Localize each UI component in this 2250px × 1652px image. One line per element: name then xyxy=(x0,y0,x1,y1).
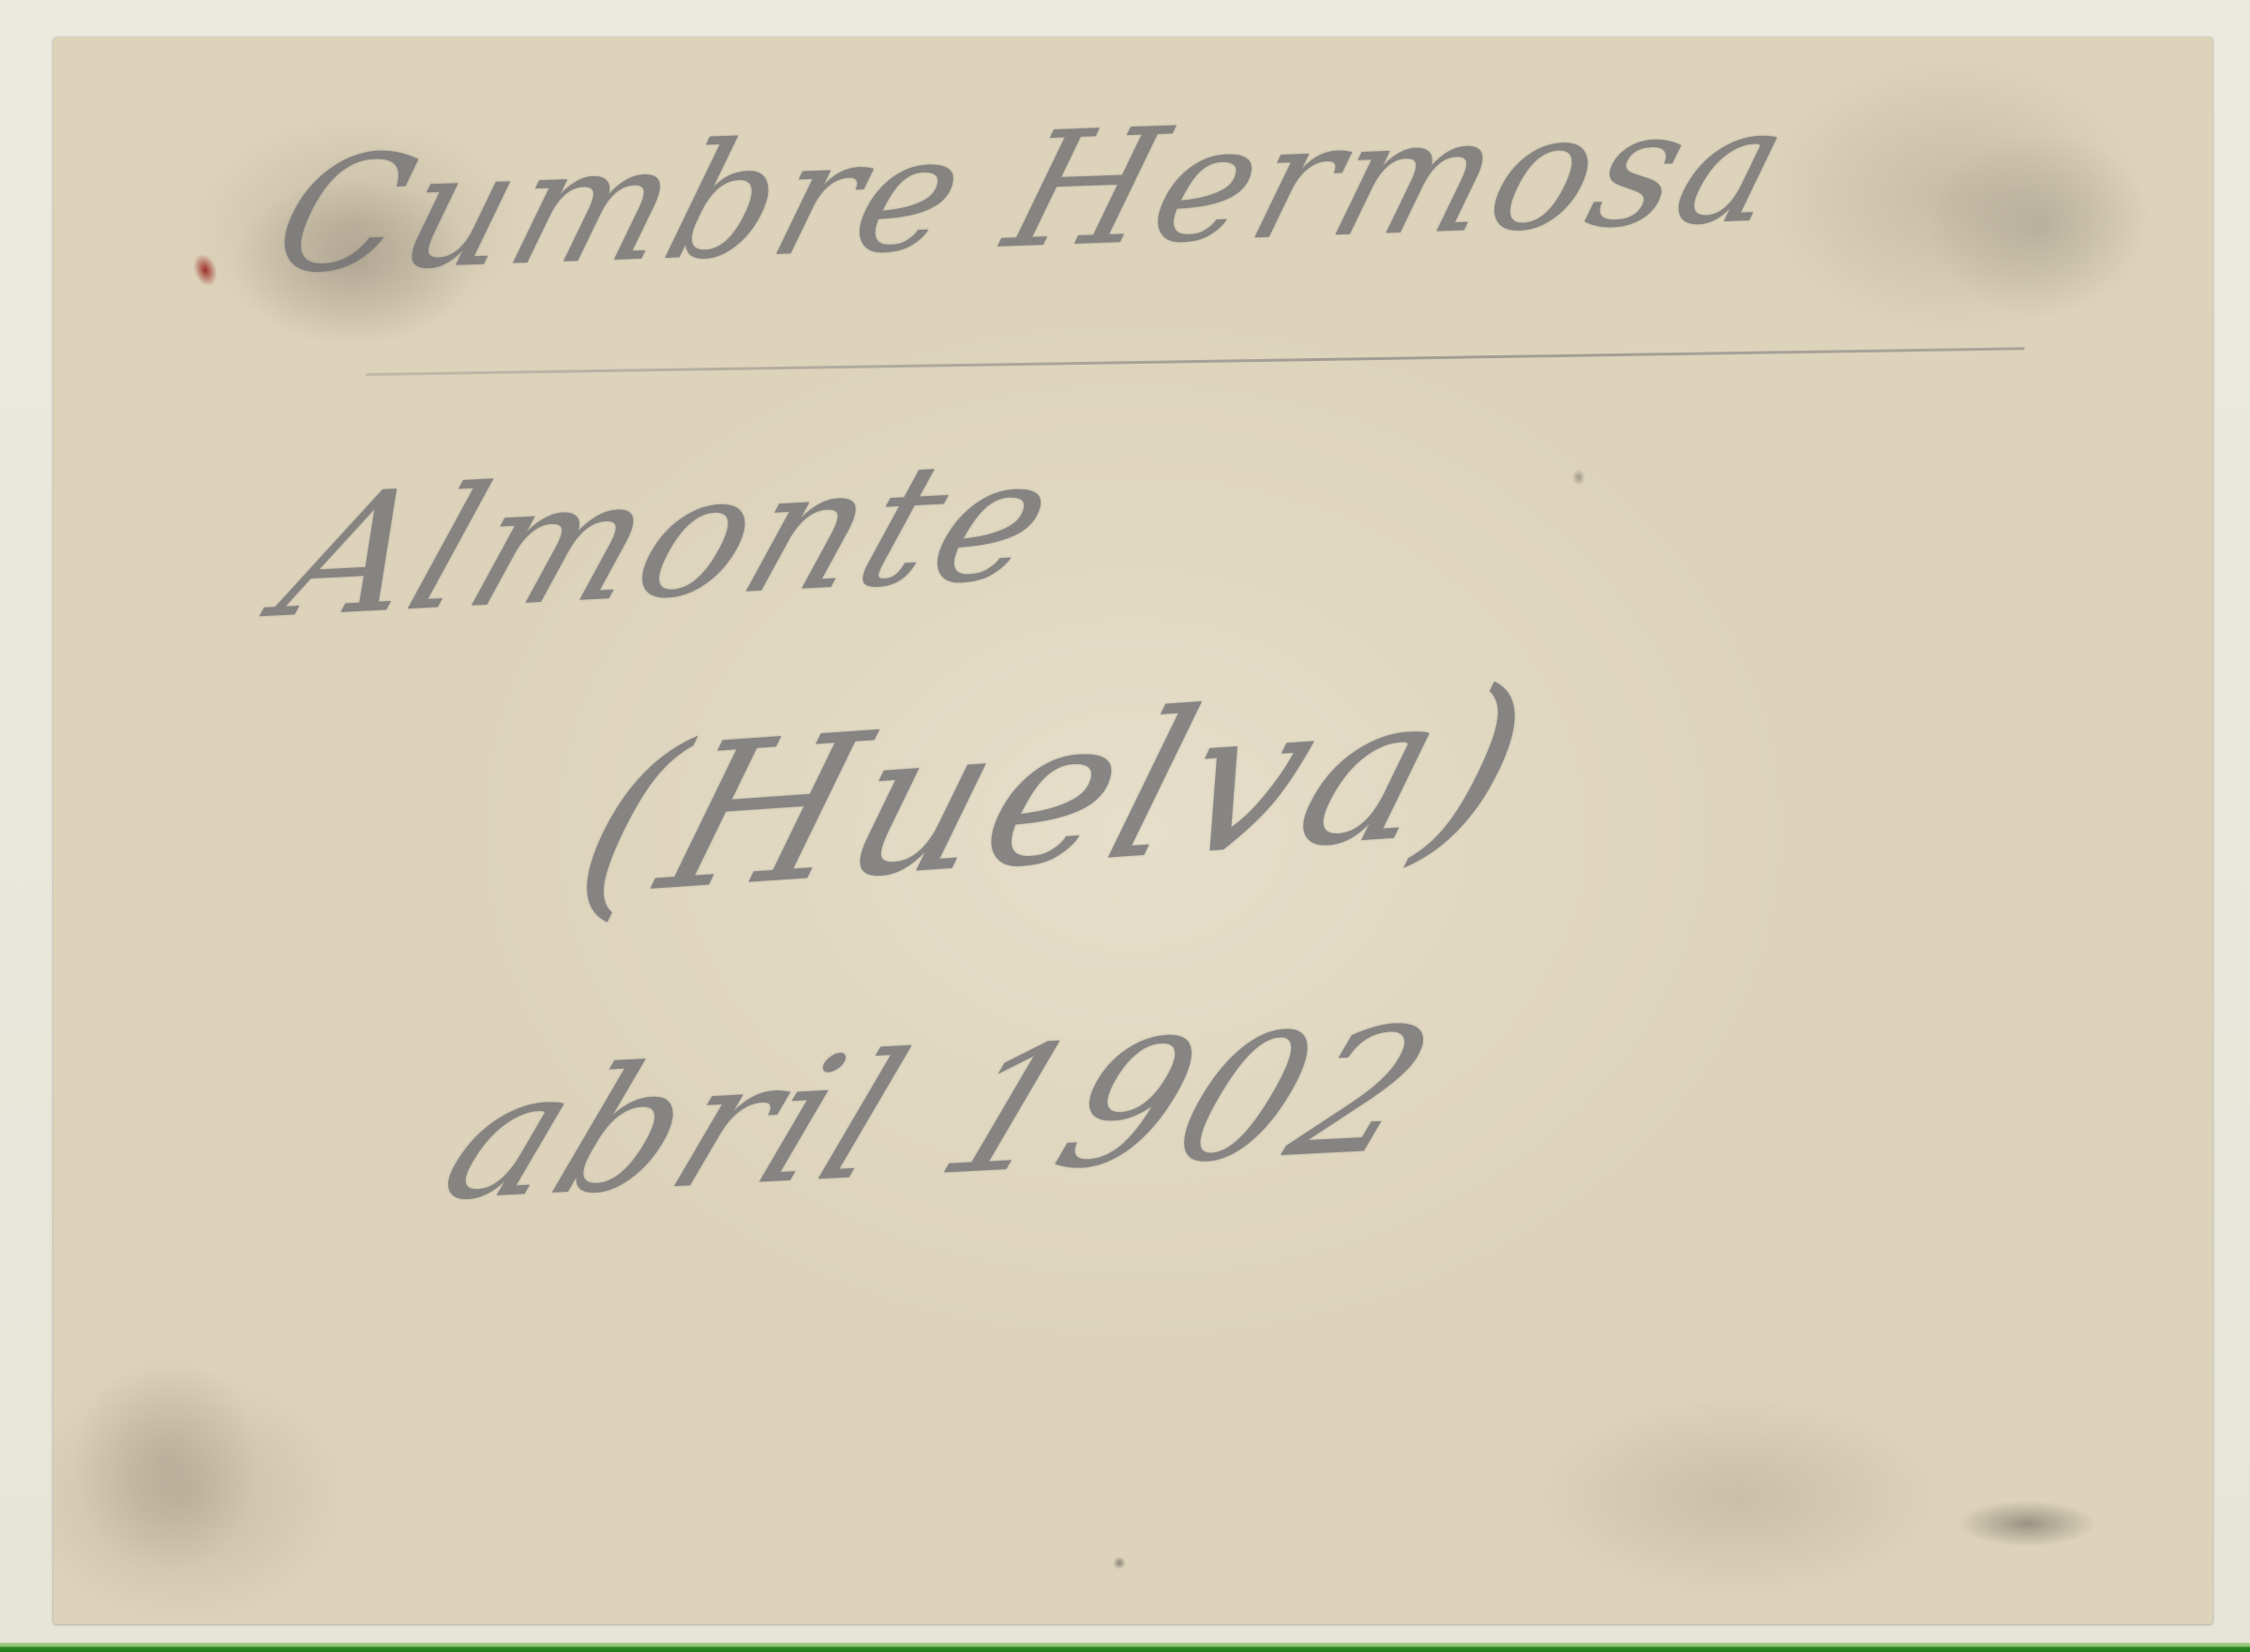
red-stain xyxy=(189,250,222,290)
smudge xyxy=(1928,131,2153,319)
smudge xyxy=(72,1350,260,1575)
smudge xyxy=(1572,469,1585,486)
smudge xyxy=(1957,1500,2097,1547)
bottom-bar xyxy=(0,1643,2250,1652)
smudge xyxy=(1113,1556,1126,1569)
